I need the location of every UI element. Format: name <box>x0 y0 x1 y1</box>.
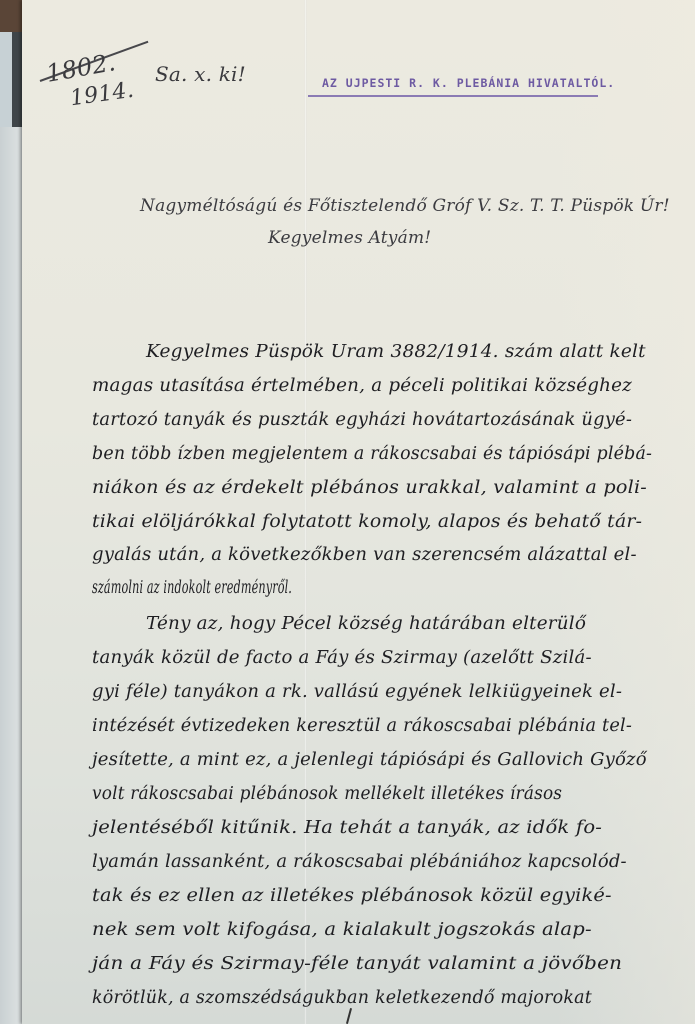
letter-line: volt rákoscsabai plébánosok mellékelt il… <box>92 784 562 804</box>
letter-line: jesítette, a mint ez, a jelenlegi tápiós… <box>92 750 647 770</box>
letter-line: tartozó tanyák és puszták egyházi hováta… <box>92 410 632 430</box>
letter-line: ben több ízben megjelentem a rákoscsabai… <box>92 444 652 464</box>
stamp-underline <box>308 95 598 97</box>
letter-line: intézését évtizedeken keresztül a rákosc… <box>92 716 632 736</box>
letter-line: ján a Fáy és Szirmay-féle tanyát valamin… <box>92 954 622 974</box>
letter-line: lyamán lassanként, a rákoscsabai plébáni… <box>92 852 627 872</box>
letter-line: gyi féle) tanyákon a rk. vallású egyének… <box>92 682 622 702</box>
letter-line: Tény az, hogy Pécel község határában elt… <box>146 614 586 634</box>
letter-line: magas utasítása értelmében, a péceli pol… <box>92 376 632 396</box>
salutation-address: Nagyméltóságú és Főtisztelendő Gróf V. S… <box>140 196 670 216</box>
letter-line: körötlük, a szomszédságukban keletkezend… <box>92 988 592 1008</box>
letter-line: gyalás után, a következőkben van szerenc… <box>92 545 637 565</box>
letter-line: jelentéséből kitűnik. Ha tehát a tanyák,… <box>92 818 602 838</box>
letter-line: tanyák közül de facto a Fáy és Szirmay (… <box>92 648 592 668</box>
letter-line: Kegyelmes Püspök Uram 3882/1914. szám al… <box>146 342 646 362</box>
letter-line: tak és ez ellen az illetékes plébánosok … <box>92 886 612 906</box>
letter-line: tikai elöljárókkal folytatott komoly, al… <box>92 512 642 532</box>
parish-office-stamp: AZ UJPESTI R. K. PLEBÁNIA HIVATALTÓL. <box>322 76 615 90</box>
letter-line: niákon és az érdekelt plébános urakkal, … <box>92 478 647 498</box>
reference-note: Sa. x. ki! <box>155 62 246 86</box>
letter-line: számolni az indokolt eredményről. <box>92 578 292 598</box>
salutation-greeting: Kegyelmes Atyám! <box>268 228 431 248</box>
letter-line: nek sem volt kifogása, a kialakult jogsz… <box>92 920 592 940</box>
